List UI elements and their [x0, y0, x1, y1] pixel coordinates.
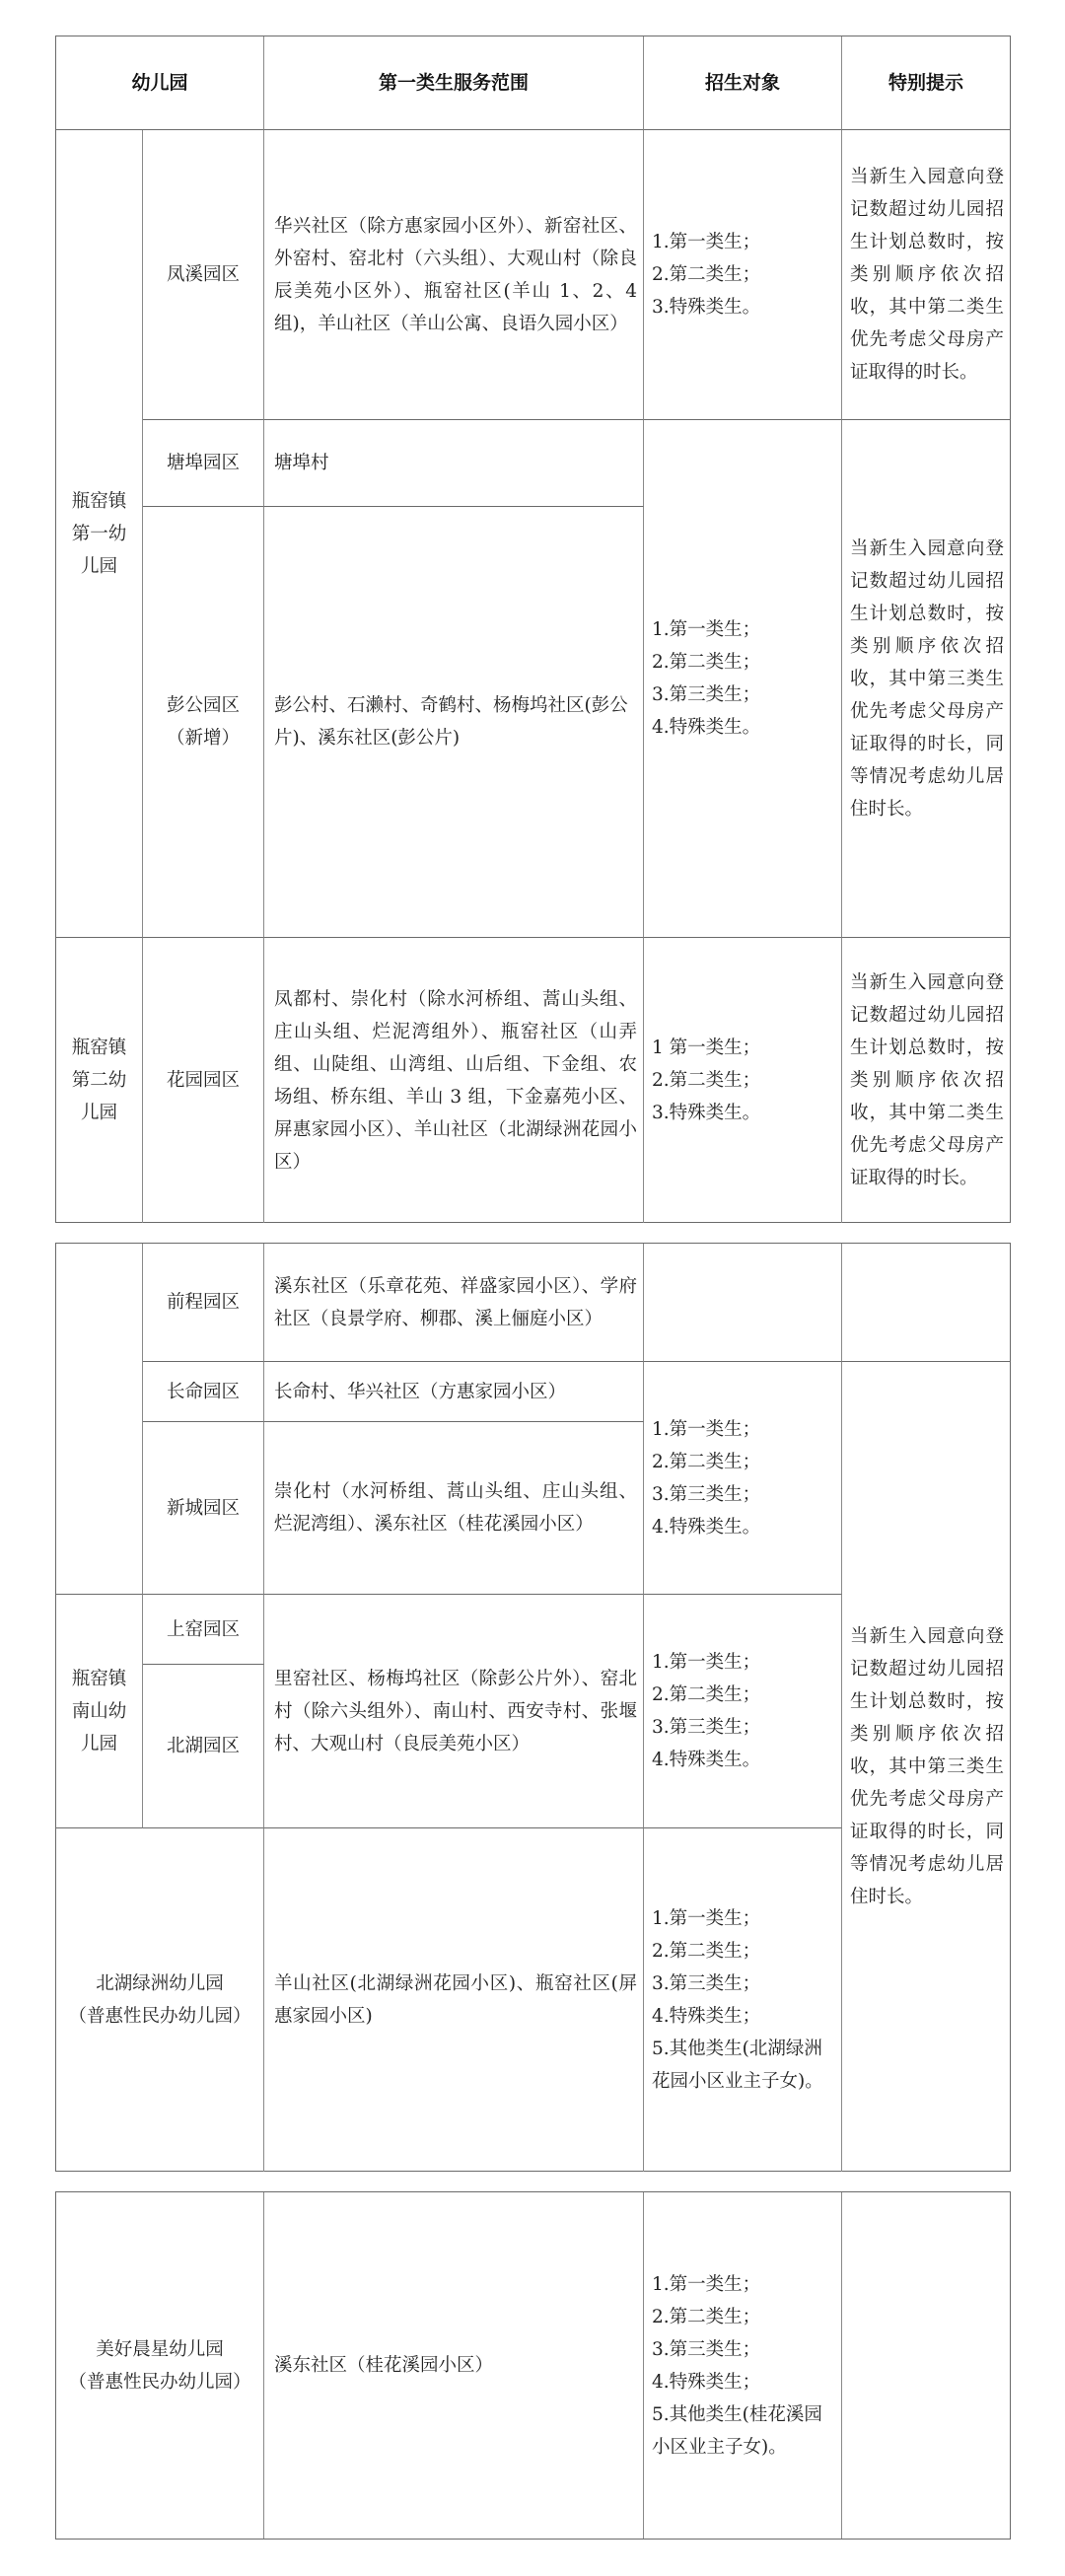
special-note: 当新生入园意向登记数超过幼儿园招生计划总数时，按类别顺序依次招收，其中第二类生优…: [842, 130, 1010, 420]
header-kindergarten: 幼儿园: [56, 36, 264, 130]
targets-list: 1 第一类生； 2.第二类生； 3.特殊类生。: [652, 1032, 760, 1129]
enrollment-table-3: 美好晨星幼儿园 （普惠性民办幼儿园） 溪东社区（桂花溪园小区） 1.第一类生； …: [55, 2191, 1011, 2540]
kindergarten-name-k2: 瓶窑镇 第二幼 儿园: [56, 938, 143, 1223]
campus-name: 塘埠园区: [143, 420, 264, 507]
service-scope-text: 里窑社区、杨梅坞社区（除彭公片外）、窑北村（除六头组外）、南山村、西安寺村、张堰…: [274, 1663, 637, 1760]
service-scope-text: 羊山社区(北湖绿洲花园小区)、瓶窑社区(屏惠家园小区): [274, 1968, 637, 2033]
header-notes: 特别提示: [842, 36, 1010, 130]
header-targets: 招生对象: [644, 36, 842, 130]
service-scope: 羊山社区(北湖绿洲花园小区)、瓶窑社区(屏惠家园小区): [264, 1828, 644, 2172]
kindergarten-name-k4: 北湖绿洲幼儿园 （普惠性民办幼儿园）: [56, 1828, 264, 2172]
campus-name: 长命园区: [143, 1362, 264, 1422]
service-scope: 里窑社区、杨梅坞社区（除彭公片外）、窑北村（除六头组外）、南山村、西安寺村、张堰…: [264, 1595, 644, 1828]
special-note-text: 当新生入园意向登记数超过幼儿园招生计划总数时，按类别顺序依次招收，其中第三类生优…: [842, 1620, 1010, 1913]
targets-list: 1.第一类生； 2.第二类生； 3.特殊类生。: [652, 226, 760, 323]
service-scope: 溪东社区（乐章花苑、祥盛家园小区）、学府社区（良景学府、柳郡、溪上俪庭小区）: [264, 1244, 644, 1362]
campus-name: 上窑园区: [143, 1595, 264, 1665]
service-scope-text: 华兴社区（除方惠家园小区外）、新窑社区、外窑村、窑北村（六头组）、大观山村（除良…: [274, 210, 637, 340]
header-scope: 第一类生服务范围: [264, 36, 644, 130]
enrollment-targets: 1.第一类生； 2.第二类生； 3.第三类生； 4.特殊类生； 5.其他类生(桂…: [644, 2192, 842, 2539]
service-scope-text: 凤都村、崇化村（除水河桥组、蒿山头组、庄山头组、烂泥湾组外）、瓶窑社区（山弄组、…: [274, 983, 637, 1179]
enrollment-targets: 1.第一类生； 2.第二类生； 3.特殊类生。: [644, 130, 842, 420]
service-scope-text: 溪东社区（乐章花苑、祥盛家园小区）、学府社区（良景学府、柳郡、溪上俪庭小区）: [274, 1270, 637, 1335]
special-note: 当新生入园意向登记数超过幼儿园招生计划总数时，按类别顺序依次招收，其中第二类生优…: [842, 938, 1010, 1223]
service-scope: 凤都村、崇化村（除水河桥组、蒿山头组、庄山头组、烂泥湾组外）、瓶窑社区（山弄组、…: [264, 938, 644, 1223]
campus-name: 花园园区: [143, 938, 264, 1223]
kindergarten-name-k5: 美好晨星幼儿园 （普惠性民办幼儿园）: [56, 2192, 264, 2539]
campus-name: 凤溪园区: [143, 130, 264, 420]
targets-list: 1.第一类生； 2.第二类生； 3.第三类生； 4.特殊类生； 5.其他类生(桂…: [652, 2268, 835, 2464]
enrollment-targets-empty: [644, 1244, 842, 1362]
kindergarten-name-k3-top: [56, 1244, 143, 1595]
enrollment-targets: 1.第一类生； 2.第二类生； 3.第三类生； 4.特殊类生； 5.其他类生(北…: [644, 1828, 842, 2172]
service-scope-text: 崇化村（水河桥组、蒿山头组、庄山头组、烂泥湾组）、溪东社区（桂花溪园小区）: [274, 1475, 637, 1540]
special-note-text: 当新生入园意向登记数超过幼儿园招生计划总数时，按类别顺序依次招收，其中第二类生优…: [842, 966, 1010, 1194]
enrollment-targets: 1 第一类生； 2.第二类生； 3.特殊类生。: [644, 938, 842, 1223]
kindergarten-name-k3: 瓶窑镇 南山幼 儿园: [56, 1595, 143, 1828]
kindergarten-name-k1: 瓶窑镇 第一幼 儿园: [56, 130, 143, 938]
campus-name: 新城园区: [143, 1422, 264, 1595]
service-scope: 塘埠村: [264, 420, 644, 507]
targets-list: 1.第一类生； 2.第二类生； 3.第三类生； 4.特殊类生； 5.其他类生(北…: [652, 1902, 835, 2098]
campus-name: 北湖园区: [143, 1665, 264, 1828]
special-note-text: 当新生入园意向登记数超过幼儿园招生计划总数时，按类别顺序依次招收，其中第三类生优…: [842, 533, 1010, 825]
targets-list: 1.第一类生； 2.第二类生； 3.第三类生； 4.特殊类生。: [652, 1413, 760, 1543]
enrollment-targets: 1.第一类生； 2.第二类生； 3.第三类生； 4.特殊类生。: [644, 420, 842, 938]
enrollment-table-1: 幼儿园 第一类生服务范围 招生对象 特别提示 瓶窑镇 第一幼 儿园 凤溪园区 华…: [55, 36, 1011, 1223]
enrollment-targets: 1.第一类生； 2.第二类生； 3.第三类生； 4.特殊类生。: [644, 1362, 842, 1595]
enrollment-table-2: 瓶窑镇 南山幼 儿园 前程园区 溪东社区（乐章花苑、祥盛家园小区）、学府社区（良…: [55, 1243, 1011, 2172]
targets-list: 1.第一类生； 2.第二类生； 3.第三类生； 4.特殊类生。: [652, 1646, 760, 1776]
service-scope: 彭公村、石濑村、奇鹤村、杨梅坞社区(彭公片)、溪东社区(彭公片): [264, 507, 644, 938]
special-note: 当新生入园意向登记数超过幼儿园招生计划总数时，按类别顺序依次招收，其中第三类生优…: [842, 420, 1010, 938]
enrollment-targets: 1.第一类生； 2.第二类生； 3.第三类生； 4.特殊类生。: [644, 1595, 842, 1828]
special-note-text: 当新生入园意向登记数超过幼儿园招生计划总数时，按类别顺序依次招收，其中第二类生优…: [842, 161, 1010, 389]
campus-name: 前程园区: [143, 1244, 264, 1362]
special-note: 当新生入园意向登记数超过幼儿园招生计划总数时，按类别顺序依次招收，其中第三类生优…: [842, 1362, 1010, 2172]
special-note-empty: [842, 2192, 1010, 2539]
service-scope: 长命村、华兴社区（方惠家园小区）: [264, 1362, 644, 1422]
targets-list: 1.第一类生； 2.第二类生； 3.第三类生； 4.特殊类生。: [652, 613, 760, 744]
campus-name: 彭公园区 （新增）: [143, 507, 264, 938]
service-scope: 溪东社区（桂花溪园小区）: [264, 2192, 644, 2539]
special-note-empty: [842, 1244, 1010, 1362]
service-scope-text: 彭公村、石濑村、奇鹤村、杨梅坞社区(彭公片)、溪东社区(彭公片): [274, 689, 637, 754]
service-scope: 崇化村（水河桥组、蒿山头组、庄山头组、烂泥湾组）、溪东社区（桂花溪园小区）: [264, 1422, 644, 1595]
service-scope: 华兴社区（除方惠家园小区外）、新窑社区、外窑村、窑北村（六头组）、大观山村（除良…: [264, 130, 644, 420]
